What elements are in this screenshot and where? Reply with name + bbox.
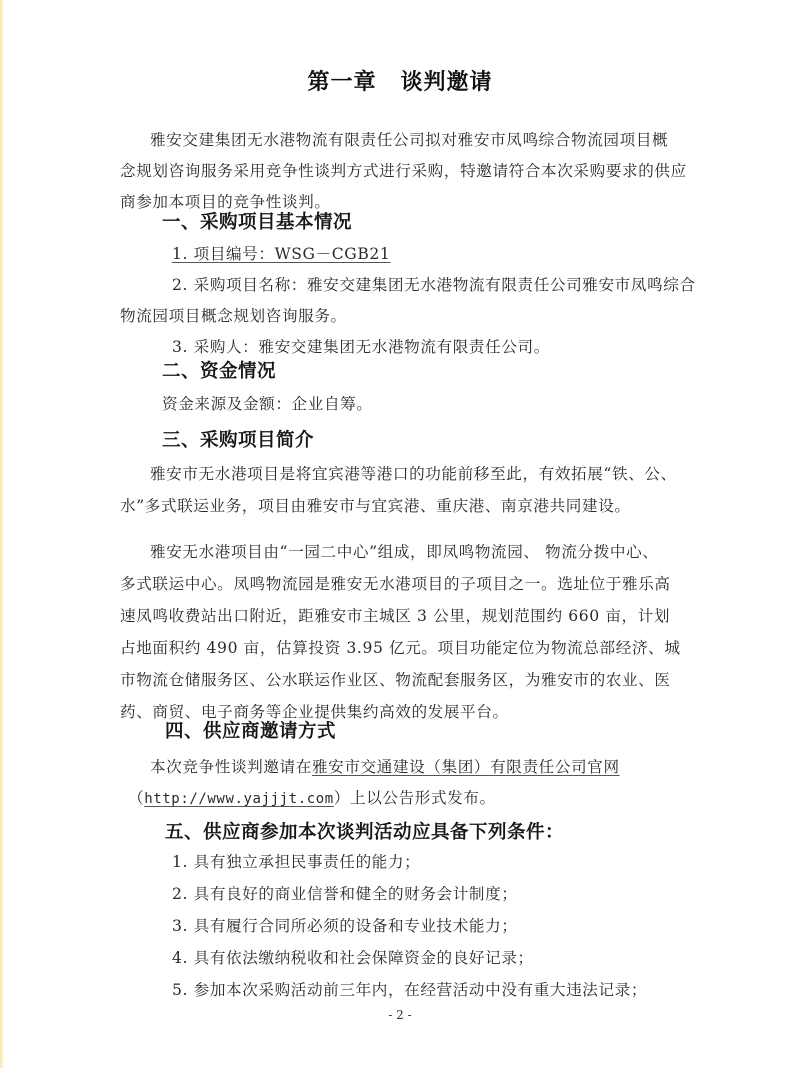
invitation-line-1: 本次竞争性谈判邀请在雅安市交通建设（集团）有限责任公司官网 — [150, 755, 620, 777]
invitation-line-2: （http://www.yajjjt.com）上以公告形式发布。 — [128, 786, 496, 808]
chapter-name: 谈判邀请 — [401, 70, 493, 95]
condition-4: 4. 具有依法缴纳税收和社会保障资金的良好记录； — [172, 946, 534, 968]
condition-5: 5. 参加本次采购活动前三年内，在经营活动中没有重大违法记录； — [172, 978, 647, 1000]
condition-2: 2. 具有良好的商业信誉和健全的财务会计制度； — [172, 882, 518, 904]
section-heading-4: 四、供应商邀请方式 — [165, 717, 336, 743]
project-name-line-2: 物流园项目概念规划咨询服务。 — [120, 304, 347, 326]
intro-line-2: 念规划咨询服务采用竞争性谈判方式进行采购，特邀请符合本次采购要求的供应 — [120, 159, 687, 181]
invitation-suffix: ）上以公告形式发布。 — [334, 789, 496, 807]
purchaser: 3. 采购人：雅安交建集团无水港物流有限责任公司。 — [172, 335, 550, 357]
project-intro-p2-line-4: 占地面积约 490 亩，估算投资 3.95 亿元。项目功能定位为物流总部经济、城 — [120, 636, 681, 658]
condition-3: 3. 具有履行合同所必须的设备和专业技术能力； — [172, 914, 518, 936]
page-number: - 2 - — [0, 1008, 800, 1022]
section-heading-1: 一、采购项目基本情况 — [162, 208, 352, 234]
project-intro-p2-line-5: 市物流仓储服务区、公水联运作业区、物流配套服务区，为雅安市的农业、医 — [120, 668, 671, 690]
website-url-link[interactable]: http://www.yajjjt.com — [144, 791, 334, 807]
scanned-page-edge — [0, 0, 4, 1068]
project-intro-p1-line-1: 雅安市无水港项目是将宜宾港等港口的功能前移至此，有效拓展“铁、公、 — [150, 462, 677, 484]
invitation-prefix: 本次竞争性谈判邀请在 — [150, 758, 312, 776]
project-name-line-1: 2. 采购项目名称：雅安交建集团无水港物流有限责任公司雅安市凤鸣综合 — [172, 273, 696, 295]
condition-1: 1. 具有独立承担民事责任的能力； — [172, 850, 420, 872]
section-heading-3: 三、采购项目简介 — [162, 426, 314, 452]
chapter-number: 第一章 — [307, 70, 376, 95]
project-intro-p2-line-2: 多式联运中心。凤鸣物流园是雅安无水港项目的子项目之一。选址位于雅乐高 — [120, 572, 671, 594]
project-number: 1. 项目编号：WSG－CGB21 — [172, 242, 390, 264]
project-intro-p2-line-1: 雅安无水港项目由“一园二中心”组成，即凤鸣物流园、 物流分拨中心、 — [150, 540, 659, 562]
section-heading-2: 二、资金情况 — [162, 357, 276, 383]
official-website-link[interactable]: 雅安市交通建设（集团）有限责任公司官网 — [312, 758, 620, 776]
paren-open: （ — [128, 789, 144, 807]
intro-line-1: 雅安交建集团无水港物流有限责任公司拟对雅安市凤鸣综合物流园项目概 — [150, 128, 668, 150]
project-intro-p2-line-3: 速凤鸣收费站出口附近，距雅安市主城区 3 公里，规划范围约 660 亩，计划 — [120, 604, 670, 626]
funding-source: 资金来源及金额：企业自筹。 — [162, 392, 373, 414]
section-heading-5: 五、供应商参加本次谈判活动应具备下列条件： — [165, 818, 564, 844]
project-intro-p1-line-2: 水”多式联运业务，项目由雅安市与宜宾港、重庆港、南京港共同建设。 — [120, 494, 631, 516]
chapter-title: 第一章谈判邀请 — [0, 65, 800, 96]
